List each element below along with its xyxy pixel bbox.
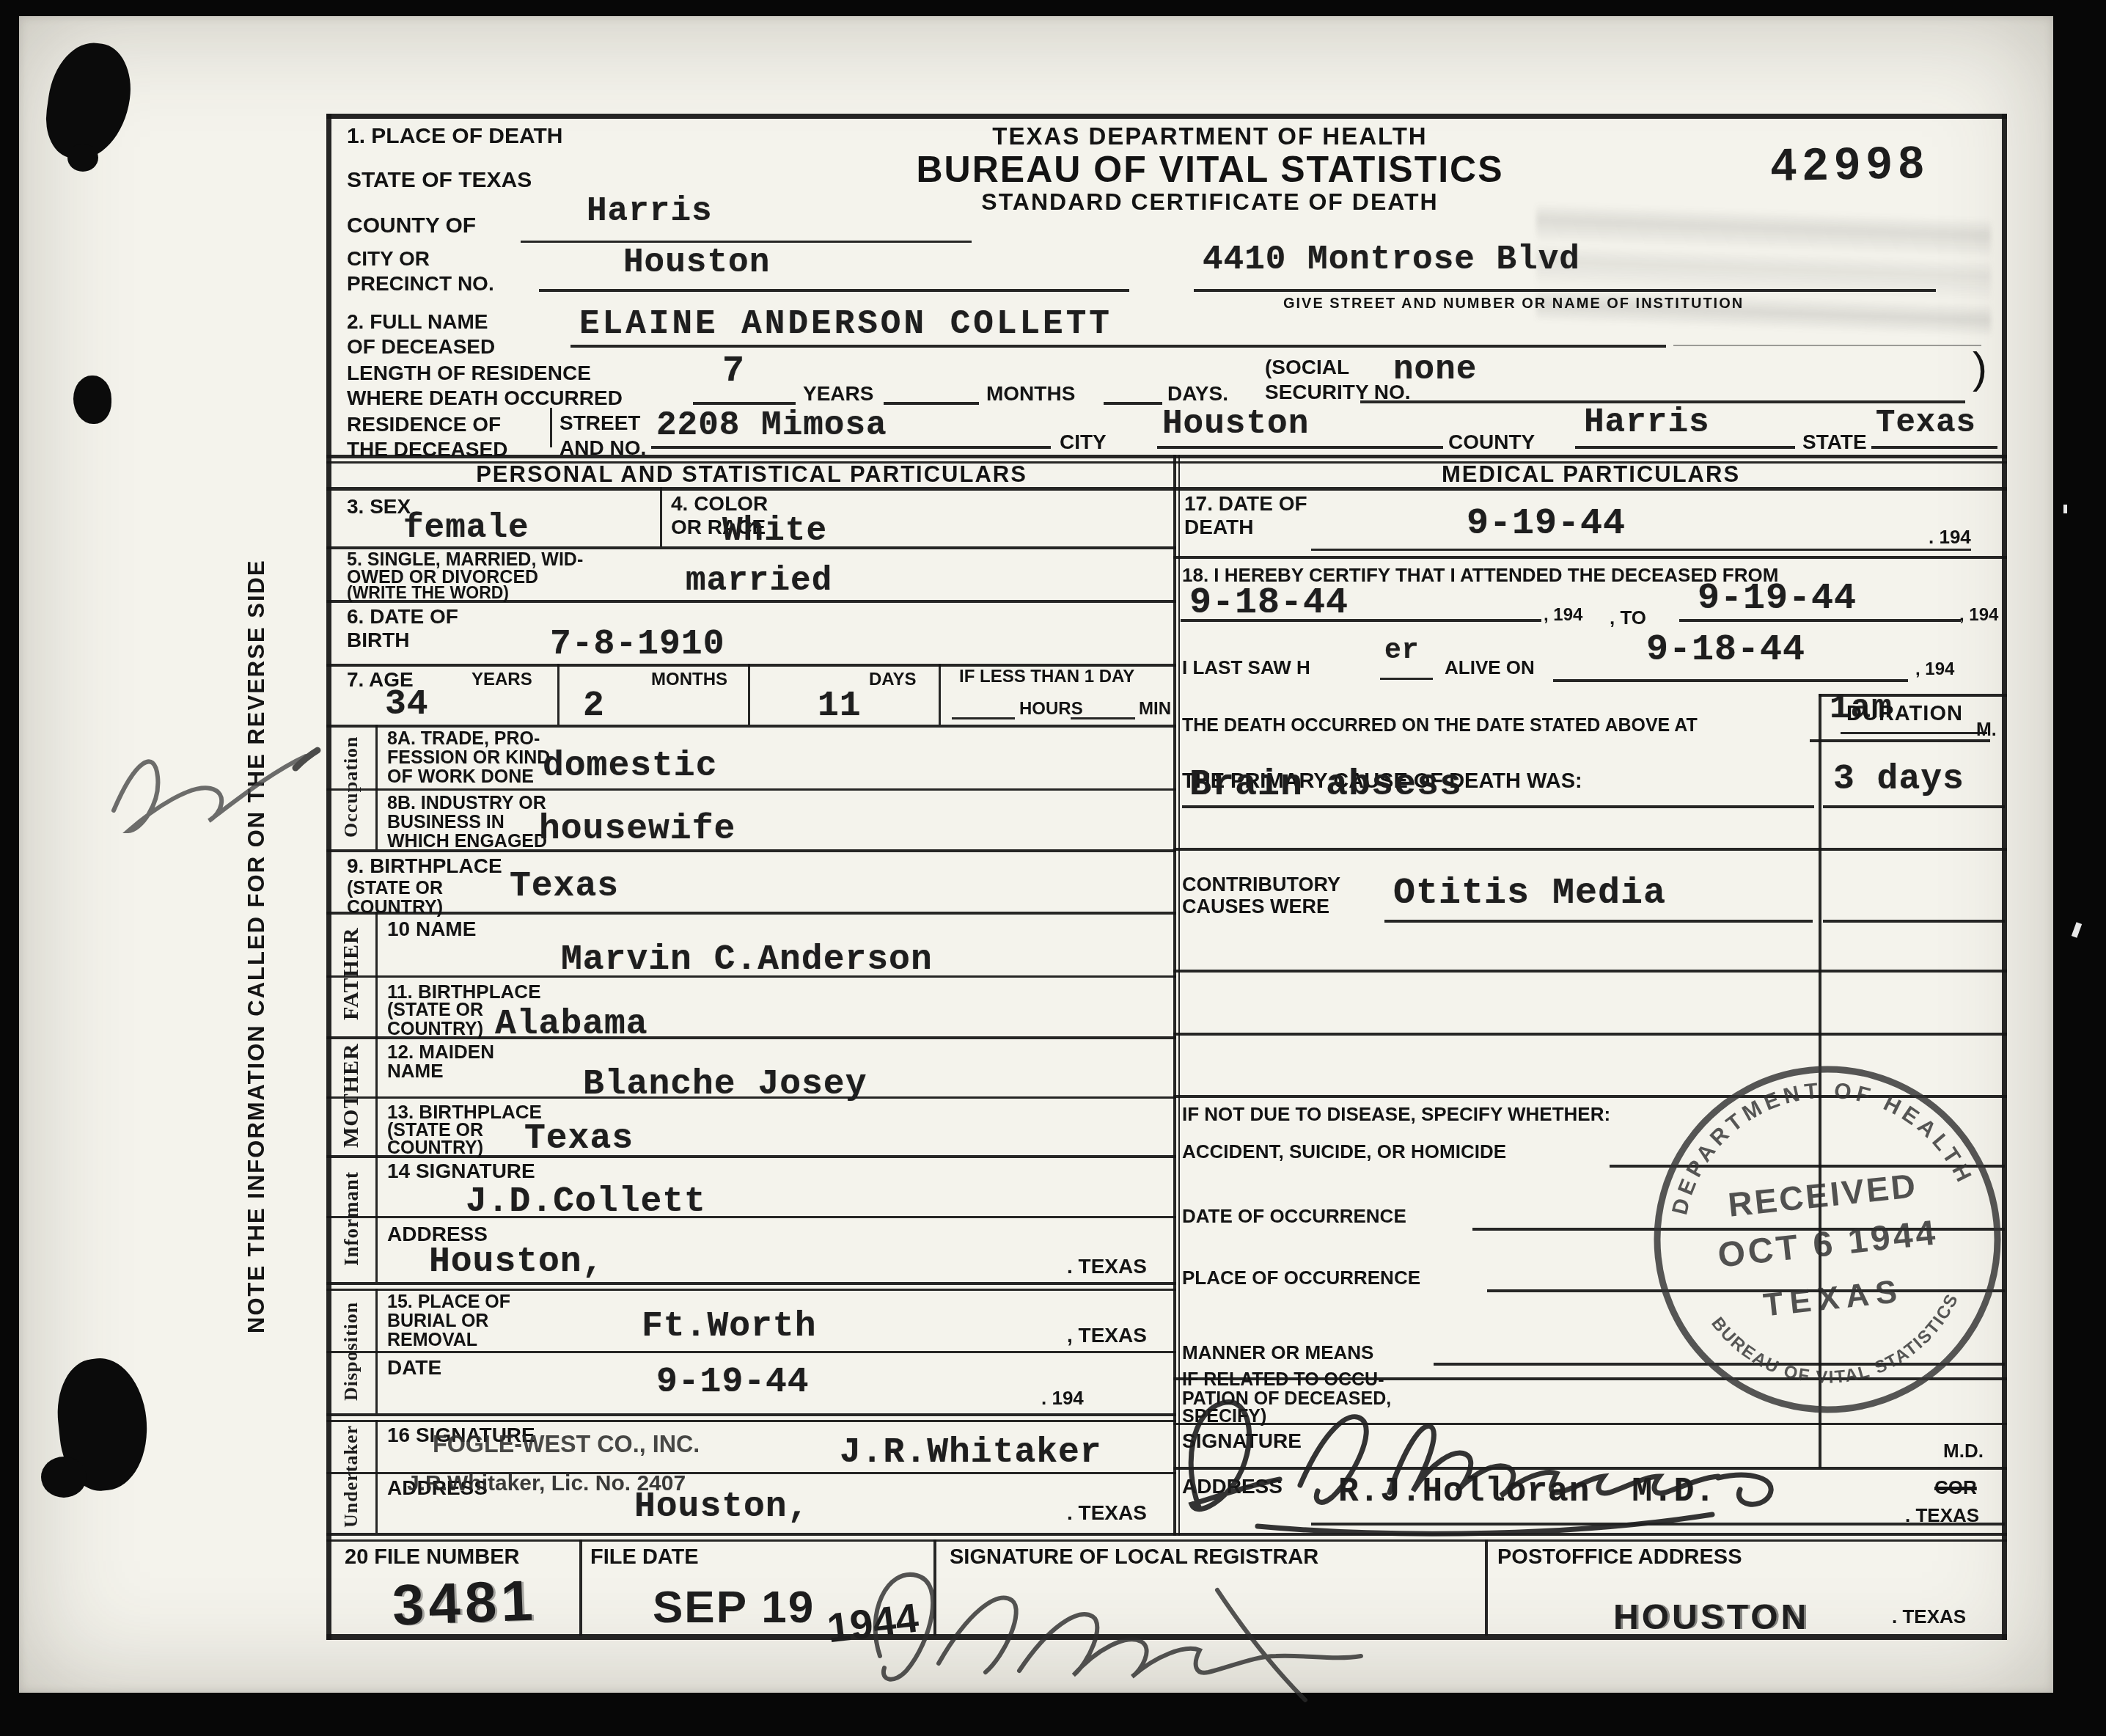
- file-number-stamp: 3481: [391, 1567, 538, 1639]
- trade-label1: 8A. TRADE, PRO-: [387, 729, 540, 749]
- birthplace13-value: Texas: [524, 1119, 634, 1159]
- cor-label-struck: COR: [1934, 1477, 1977, 1498]
- occupation-side-label: Occupation: [329, 725, 374, 849]
- disposition-side-label: Disposition: [329, 1289, 374, 1413]
- residence-label1: RESIDENCE OF: [347, 414, 501, 436]
- stamp-received: RECEIVED: [1726, 1166, 1919, 1224]
- date15-label: DATE: [387, 1357, 441, 1379]
- hours-label: HOURS: [1019, 700, 1083, 719]
- death-occurred-label: THE DEATH OCCURRED ON THE DATE STATED AB…: [1182, 716, 1698, 736]
- burial-label3: REMOVAL: [387, 1330, 477, 1350]
- certify-from-value: 9-18-44: [1189, 582, 1349, 624]
- city-value: Houston: [623, 243, 770, 282]
- md-label: M.D.: [1943, 1440, 1984, 1461]
- place-occurrence-label: PLACE OF OCCURRENCE: [1182, 1267, 1420, 1288]
- age-months-label: MONTHS: [651, 670, 727, 689]
- certificate-number-stamp: 42998: [1770, 136, 1931, 191]
- last-saw-suffix: , 194: [1915, 660, 1954, 679]
- last-saw-value: 9-18-44: [1646, 629, 1805, 671]
- primary-cause-value: Brain absess: [1189, 764, 1462, 806]
- death-time-suffix: M.: [1976, 720, 1997, 740]
- residence-city-value: Houston: [1162, 405, 1309, 443]
- contributory-label2: CAUSES WERE: [1182, 896, 1329, 918]
- industry-value: housewife: [539, 810, 735, 849]
- accident-label: ACCIDENT, SUICIDE, OR HOMICIDE: [1182, 1141, 1506, 1162]
- ssn-close-paren: ): [1973, 345, 1987, 392]
- city-or-label: CITY OR: [347, 248, 430, 270]
- file-number-label: 20 FILE NUMBER: [345, 1546, 519, 1569]
- marital-value: married: [686, 562, 832, 600]
- dod-value: 9-19-44: [1467, 503, 1626, 545]
- address16-value: Houston,: [634, 1487, 809, 1527]
- dob-value: 7-8-1910: [550, 625, 724, 664]
- alive-on-label: ALIVE ON: [1445, 657, 1535, 678]
- signature14-value: J.D.Collett: [466, 1182, 706, 1222]
- sex-label: 3. SEX: [347, 496, 411, 518]
- father-name-value: Marvin C.Anderson: [561, 940, 933, 980]
- manner-means-label: MANNER OR MEANS: [1182, 1342, 1373, 1363]
- birthplace11-label1: 11. BIRTHPLACE: [387, 981, 541, 1002]
- burial-label2: BURIAL OR: [387, 1311, 488, 1331]
- duration-value: 3 days: [1833, 760, 1964, 799]
- dept-title-line3: STANDARD CERTIFICATE OF DEATH: [836, 189, 1584, 215]
- address14-state: . TEXAS: [1067, 1256, 1147, 1278]
- postoffice-state: . TEXAS: [1892, 1606, 1966, 1627]
- date-occurrence-label: DATE OF OCCURRENCE: [1182, 1206, 1406, 1226]
- address14-value: Houston,: [429, 1242, 603, 1282]
- stamp-date: OCT 6 1944: [1716, 1213, 1940, 1275]
- months-label: MONTHS: [986, 383, 1075, 405]
- social-label2: SECURITY NO.: [1265, 381, 1411, 403]
- certify-to-label: , TO: [1610, 607, 1646, 628]
- sex-value: female: [403, 509, 529, 547]
- social-label1: (SOCIAL: [1265, 356, 1349, 378]
- stamp-state: TEXAS: [1762, 1273, 1906, 1324]
- full-name-value: ELAINE ANDERSON COLLETT: [579, 305, 1112, 343]
- age-months-value: 2: [583, 686, 605, 726]
- contributory-label1: CONTRIBUTORY: [1182, 874, 1340, 896]
- informant-side-label: Informant: [329, 1155, 374, 1282]
- age-years-value: 34: [385, 685, 429, 725]
- min-label: MIN: [1139, 700, 1171, 719]
- residence-county-value: Harris: [1584, 403, 1710, 442]
- street-no-label1: STREET: [559, 412, 640, 434]
- industry-label2: BUSINESS IN: [387, 813, 505, 832]
- ssn-value: none: [1393, 351, 1477, 389]
- file-date-stamp-monthday: SEP 19: [653, 1581, 815, 1633]
- undertaker-firm-stamp: FOGLE-WEST CO., INC.: [433, 1430, 700, 1459]
- county-label: COUNTY OF: [347, 214, 476, 238]
- father-name-label: 10 NAME: [387, 918, 476, 940]
- maiden-value: Blanche Josey: [583, 1065, 867, 1105]
- trade-label3: OF WORK DONE: [387, 767, 534, 787]
- medical-section-header: MEDICAL PARTICULARS: [1182, 462, 2000, 486]
- burial-state: , TEXAS: [1067, 1325, 1147, 1347]
- certify-from-suffix: , 194: [1544, 606, 1582, 625]
- address19-state: . TEXAS: [1905, 1505, 1979, 1526]
- birthplace9-label2: (STATE OR: [347, 879, 443, 898]
- birthplace9-value: Texas: [510, 867, 619, 907]
- precinct-no-label: PRECINCT NO.: [347, 273, 494, 295]
- maiden-label1: 12. MAIDEN: [387, 1041, 494, 1062]
- signature16-value: J.R.Whitaker: [840, 1433, 1102, 1473]
- trade-label2: FESSION OR KIND: [387, 748, 550, 768]
- date15-suffix: . 194: [1041, 1388, 1084, 1408]
- age-years-label: YEARS: [472, 670, 532, 689]
- undertaker-side-label: Undertaker: [329, 1420, 374, 1533]
- marital-label3: (WRITE THE WORD): [347, 584, 509, 602]
- dob-label1: 6. DATE OF: [347, 606, 458, 628]
- postoffice-value-stamp: HOUSTON: [1613, 1597, 1809, 1638]
- dod-suffix: . 194: [1929, 527, 1971, 547]
- days-label: DAYS.: [1167, 383, 1228, 405]
- file-date-label: FILE DATE: [590, 1546, 699, 1569]
- signature14-label: 14 SIGNATURE: [387, 1160, 535, 1182]
- street-no-label2: AND NO.: [559, 437, 646, 459]
- certify-to-suffix: , 194: [1959, 606, 1998, 625]
- color-value: White: [722, 512, 827, 550]
- years-label: YEARS: [803, 383, 873, 405]
- maiden-label2: NAME: [387, 1061, 444, 1081]
- dod-label2: DEATH: [1184, 516, 1253, 538]
- age-days-value: 11: [818, 686, 862, 726]
- place-of-death-label: 1. PLACE OF DEATH: [347, 125, 562, 148]
- last-saw-label: I LAST SAW H: [1182, 657, 1310, 678]
- full-name-label2: OF DECEASED: [347, 336, 495, 358]
- postoffice-label: POSTOFFICE ADDRESS: [1497, 1546, 1742, 1569]
- burial-label1: 15. PLACE OF: [387, 1292, 510, 1312]
- date15-value: 9-19-44: [656, 1363, 810, 1402]
- contributory-value: Otitis Media: [1393, 873, 1666, 915]
- street-value: 4410 Montrose Blvd: [1203, 241, 1580, 279]
- not-disease-label: IF NOT DUE TO DISEASE, SPECIFY WHETHER:: [1182, 1104, 1610, 1124]
- state-of-texas-label: STATE OF TEXAS: [347, 169, 532, 192]
- length-residence-label2: WHERE DEATH OCCURRED: [347, 387, 623, 409]
- birthplace9-label1: 9. BIRTHPLACE: [347, 855, 502, 877]
- received-date-stamp: DEPARTMENT OF HEALTH BUREAU OF VITAL STA…: [1626, 1038, 2029, 1441]
- full-name-label1: 2. FULL NAME: [347, 311, 488, 333]
- industry-label1: 8B. INDUSTRY OR: [387, 794, 546, 813]
- trade-value: domestic: [543, 747, 717, 786]
- dob-label2: BIRTH: [347, 629, 410, 651]
- personal-section-header: PERSONAL AND STATISTICAL PARTICULARS: [334, 462, 1170, 486]
- residence-city-label: CITY: [1060, 431, 1107, 453]
- residence-county-label: COUNTY: [1448, 431, 1535, 453]
- residence-street-value: 2208 Mimosa: [656, 406, 887, 444]
- age-if-less-label: IF LESS THAN 1 DAY: [959, 667, 1134, 686]
- residence-label2: THE DECEASED: [347, 439, 507, 461]
- birthplace13-label3: COUNTRY): [387, 1138, 483, 1158]
- scanned-death-certificate: NOTE THE INFORMATION CALLED FOR ON THE R…: [0, 0, 2106, 1736]
- length-years-value: 7: [722, 351, 745, 392]
- length-residence-label1: LENGTH OF RESIDENCE: [347, 362, 591, 384]
- father-side-label: FATHER: [329, 912, 374, 1036]
- residence-state-value: Texas: [1876, 405, 1976, 442]
- duration-label: DURATION: [1846, 703, 1963, 725]
- registrar-signature-script: [836, 1546, 1481, 1715]
- birthplace11-value: Alabama: [495, 1005, 648, 1044]
- county-value: Harris: [587, 192, 713, 230]
- burial-value: Ft.Worth: [642, 1307, 816, 1347]
- dept-title-line2: BUREAU OF VITAL STATISTICS: [836, 150, 1584, 189]
- industry-label3: WHICH ENGAGED: [387, 832, 547, 851]
- address16-state: . TEXAS: [1067, 1502, 1147, 1524]
- birthplace13-label1: 13. BIRTHPLACE: [387, 1102, 542, 1122]
- birthplace11-label2: (STATE OR: [387, 1000, 483, 1020]
- birthplace11-label3: COUNTRY): [387, 1019, 483, 1039]
- dept-title-line1: TEXAS DEPARTMENT OF HEALTH: [836, 123, 1584, 150]
- residence-state-label: STATE: [1802, 431, 1867, 453]
- certify-to-value: 9-19-44: [1698, 578, 1857, 620]
- last-saw-er: er: [1384, 635, 1420, 667]
- age-days-label: DAYS: [869, 670, 916, 689]
- dod-label1: 17. DATE OF: [1184, 493, 1307, 515]
- mother-side-label: MOTHER: [329, 1036, 374, 1155]
- street-hint-label: GIVE STREET AND NUMBER OR NAME OF INSTIT…: [1283, 296, 1744, 312]
